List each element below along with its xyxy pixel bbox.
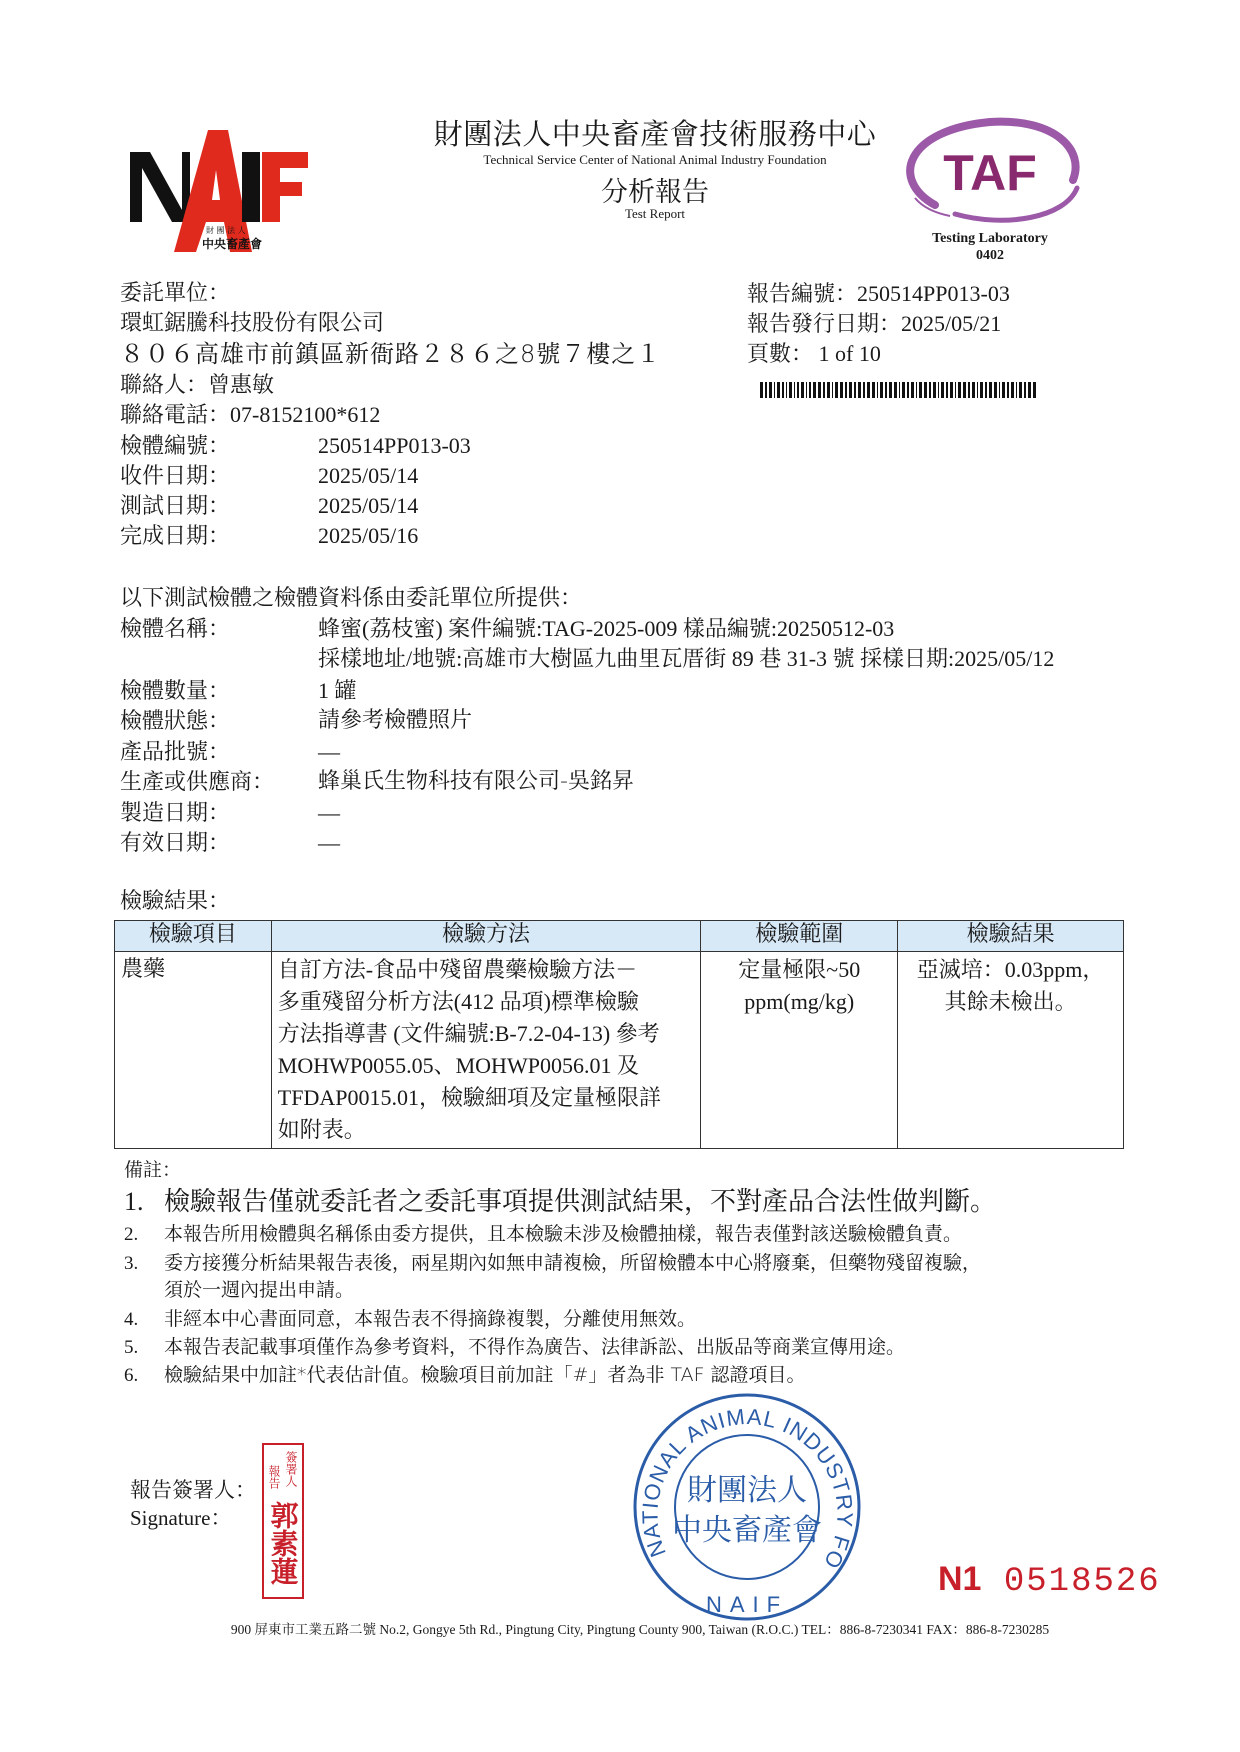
mfg-date-row: 製造日期： — xyxy=(120,798,230,829)
complete-date-value: 2025/05/16 xyxy=(318,521,418,551)
svg-text:中央畜產會: 中央畜產會 xyxy=(202,236,262,251)
note-num: 1. xyxy=(124,1185,164,1219)
note-item-6: 6.檢驗結果中加註*代表估計值。檢驗項目前加註「#」者為非 TAF 認證項目。 xyxy=(124,1362,806,1389)
supplier-value: 蜂巢氏生物科技有限公司-吳銘昇 xyxy=(318,767,634,797)
results-header-row: 檢驗項目 檢驗方法 檢驗範圍 檢驗結果 xyxy=(115,921,1124,952)
note-text: 檢驗報告僅就委託者之委託事項提供測試結果，不對產品合法性做判斷。 xyxy=(164,1187,996,1217)
mfg-date-label: 製造日期： xyxy=(120,801,230,826)
note-text: 檢驗結果中加註*代表估計值。檢驗項目前加註「#」者為非 TAF 認證項目。 xyxy=(164,1364,806,1386)
exp-date-label: 有效日期： xyxy=(120,831,230,856)
sample-id-row: 檢體編號： 250514PP013-03 xyxy=(120,431,230,462)
received-date-label: 收件日期： xyxy=(120,464,230,489)
sample-info-intro: 以下測試檢體之檢體資料係由委託單位所提供： xyxy=(120,584,582,614)
cell-range: 定量極限~50 ppm(mg/kg) xyxy=(701,952,898,1149)
test-date-row: 測試日期： 2025/05/14 xyxy=(120,491,230,522)
contact-row: 聯絡人：曾惠敏 xyxy=(120,370,274,401)
taf-logo: TAF xyxy=(895,110,1085,230)
range-line: 定量極限~50 xyxy=(707,954,891,986)
test-date-value: 2025/05/14 xyxy=(318,491,418,521)
note-item-4: 4.非經本中心書面同意，本報告表不得摘錄複製，分離使用無效。 xyxy=(124,1306,696,1333)
sample-state-label: 檢體狀態： xyxy=(120,709,230,734)
sample-name-row: 檢體名稱： 蜂蜜(荔枝蜜) 案件編號:TAG-2025-009 樣品編號:202… xyxy=(120,614,230,645)
contact-label: 聯絡人： xyxy=(120,373,208,398)
contact-name: 曾惠敏 xyxy=(208,373,274,398)
col-header-item: 檢驗項目 xyxy=(115,921,272,952)
batch-no-row: 產品批號： — xyxy=(120,737,230,768)
method-line: 自訂方法-食品中殘留農藥檢驗方法－ xyxy=(278,954,695,986)
client-company: 環虹鋸騰科技股份有限公司 xyxy=(120,309,384,339)
barcode xyxy=(760,382,1036,398)
signature-label-en: Signature： xyxy=(130,1503,231,1533)
note-item-3: 3.委方接獲分析結果報告表後，兩星期內如無申請複檢，所留檢體本中心將廢棄，但藥物… xyxy=(124,1250,981,1304)
col-header-method: 檢驗方法 xyxy=(271,921,701,952)
exp-date-row: 有效日期： — xyxy=(120,828,230,859)
pages-value: 1 of 10 xyxy=(819,341,881,366)
svg-text:財 團 法 人: 財 團 法 人 xyxy=(206,225,246,235)
col-header-result: 檢驗結果 xyxy=(898,921,1124,952)
report-no-label: 報告編號： xyxy=(747,282,857,307)
sample-qty-label: 檢體數量： xyxy=(120,679,230,704)
serial-number: N1 0518526 xyxy=(938,1560,1161,1601)
issue-date-label: 報告發行日期： xyxy=(747,312,901,337)
note-text-cont: 須於一週內提出申請。 xyxy=(124,1277,981,1304)
complete-date-label: 完成日期： xyxy=(120,524,230,549)
mfg-date-value: — xyxy=(318,798,340,828)
received-date-value: 2025/05/14 xyxy=(318,461,418,491)
cell-result: 亞滅培：0.03ppm， 其餘未檢出。 xyxy=(898,952,1124,1149)
report-no-value: 250514PP013-03 xyxy=(857,281,1010,306)
complete-date-row: 完成日期： 2025/05/16 xyxy=(120,521,230,552)
naif-seal: NATIONAL ANIMAL INDUSTRY FOUNDATION NAIF… xyxy=(630,1390,865,1625)
supplier-label: 生產或供應商： xyxy=(120,770,274,795)
sample-name-label: 檢體名稱： xyxy=(120,617,230,642)
client-address: ８０６高雄市前鎮區新衙路２８６之8號７樓之１ xyxy=(120,339,661,369)
note-item-1: 1.檢驗報告僅就委託者之委託事項提供測試結果，不對產品合法性做判斷。 xyxy=(124,1185,996,1219)
sample-id-value: 250514PP013-03 xyxy=(318,431,471,461)
svg-text:中央畜產會: 中央畜產會 xyxy=(672,1513,822,1548)
method-line: MOHWP0055.05、MOHWP0056.01 及 xyxy=(278,1050,695,1082)
svg-text:簽署人: 簽署人 xyxy=(284,1451,298,1487)
received-date-row: 收件日期： 2025/05/14 xyxy=(120,461,230,492)
client-label: 委託單位： xyxy=(120,279,230,309)
issue-date-value: 2025/05/21 xyxy=(901,311,1001,336)
col-header-range: 檢驗範圍 xyxy=(701,921,898,952)
sample-qty-row: 檢體數量： 1 罐 xyxy=(120,676,230,707)
signer-stamp: 報告 簽署人 郭素蓮 xyxy=(262,1443,304,1599)
results-table: 檢驗項目 檢驗方法 檢驗範圍 檢驗結果 農藥 自訂方法-食品中殘留農藥檢驗方法－… xyxy=(114,920,1124,1149)
svg-text:NAIF: NAIF xyxy=(706,1592,788,1617)
cell-item: 農藥 xyxy=(115,952,272,1149)
note-text: 委方接獲分析結果報告表後，兩星期內如無申請複檢，所留檢體本中心將廢棄，但藥物殘留… xyxy=(164,1252,981,1274)
note-item-5: 5.本報告表記載事項僅作為參考資料，不得作為廣告、法律訴訟、出版品等商業宣傳用途… xyxy=(124,1334,905,1361)
phone-value: 07-8152100*612 xyxy=(230,402,380,427)
note-num: 3. xyxy=(124,1250,164,1277)
issue-date-row: 報告發行日期：2025/05/21 xyxy=(747,309,1001,340)
note-num: 4. xyxy=(124,1306,164,1333)
test-date-label: 測試日期： xyxy=(120,494,230,519)
sample-name-line1: 蜂蜜(荔枝蜜) 案件編號:TAG-2025-009 樣品編號:20250512-… xyxy=(318,614,894,644)
phone-row: 聯絡電話：07-8152100*612 xyxy=(120,400,380,431)
method-line: TFDAP0015.01，檢驗細項及定量極限詳 xyxy=(278,1082,695,1114)
method-line: 多重殘留分析方法(412 品項)標準檢驗 xyxy=(278,986,695,1018)
batch-no-value: — xyxy=(318,737,340,767)
exp-date-value: — xyxy=(318,828,340,858)
method-line: 如附表。 xyxy=(278,1114,695,1146)
signature-label-zh: 報告簽署人： xyxy=(130,1475,256,1505)
table-row: 農藥 自訂方法-食品中殘留農藥檢驗方法－ 多重殘留分析方法(412 品項)標準檢… xyxy=(115,952,1124,1149)
note-text: 本報告所用檢體與名稱係由委方提供，且本檢驗未涉及檢體抽樣，報告表僅對該送驗檢體負… xyxy=(164,1223,962,1245)
method-line: 方法指導書 (文件編號:B-7.2-04-13) 參考 xyxy=(278,1018,695,1050)
notes-title: 備註： xyxy=(124,1157,181,1184)
note-text: 非經本中心書面同意，本報告表不得摘錄複製，分離使用無效。 xyxy=(164,1308,696,1330)
taf-caption: Testing Laboratory 0402 xyxy=(895,230,1085,264)
batch-no-label: 產品批號： xyxy=(120,740,230,765)
note-num: 2. xyxy=(124,1221,164,1248)
sample-state-value: 請參考檢體照片 xyxy=(318,706,472,736)
result-line: 亞滅培：0.03ppm， xyxy=(904,954,1117,986)
sample-id-label: 檢體編號： xyxy=(120,434,230,459)
svg-text:報告: 報告 xyxy=(267,1464,281,1489)
sample-name-line2: 採樣地址/地號:高雄市大樹區九曲里瓦厝街 89 巷 31-3 號 採樣日期:20… xyxy=(318,644,1054,674)
footer-address: 900 屏東市工業五路二號 No.2, Gongye 5th Rd., Ping… xyxy=(0,1618,1240,1638)
supplier-row: 生產或供應商： 蜂巢氏生物科技有限公司-吳銘昇 xyxy=(120,767,274,798)
note-num: 5. xyxy=(124,1334,164,1361)
svg-text:TAF: TAF xyxy=(943,145,1036,201)
pages-label: 頁數： xyxy=(747,342,813,367)
svg-text:財團法人: 財團法人 xyxy=(687,1473,807,1508)
cell-method: 自訂方法-食品中殘留農藥檢驗方法－ 多重殘留分析方法(412 品項)標準檢驗 方… xyxy=(271,952,701,1149)
serial-digits: 0518526 xyxy=(1004,1563,1161,1601)
note-num: 6. xyxy=(124,1362,164,1389)
phone-label: 聯絡電話： xyxy=(120,403,230,428)
result-line: 其餘未檢出。 xyxy=(904,986,1117,1018)
sample-state-row: 檢體狀態： 請參考檢體照片 xyxy=(120,706,230,737)
note-item-2: 2.本報告所用檢體與名稱係由委方提供，且本檢驗未涉及檢體抽樣，報告表僅對該送驗檢… xyxy=(124,1221,962,1248)
report-no-row: 報告編號：250514PP013-03 xyxy=(747,279,1010,310)
svg-text:郭素蓮: 郭素蓮 xyxy=(267,1501,300,1585)
range-line: ppm(mg/kg) xyxy=(707,986,891,1018)
sample-qty-value: 1 罐 xyxy=(318,676,357,706)
pages-row: 頁數： 1 of 10 xyxy=(747,339,881,370)
taf-caption-line2: 0402 xyxy=(895,247,1085,264)
serial-prefix: N1 xyxy=(938,1560,981,1598)
taf-caption-line1: Testing Laboratory xyxy=(895,230,1085,247)
note-text: 本報告表記載事項僅作為參考資料，不得作為廣告、法律訴訟、出版品等商業宣傳用途。 xyxy=(164,1336,905,1358)
results-title: 檢驗結果： xyxy=(120,887,230,917)
